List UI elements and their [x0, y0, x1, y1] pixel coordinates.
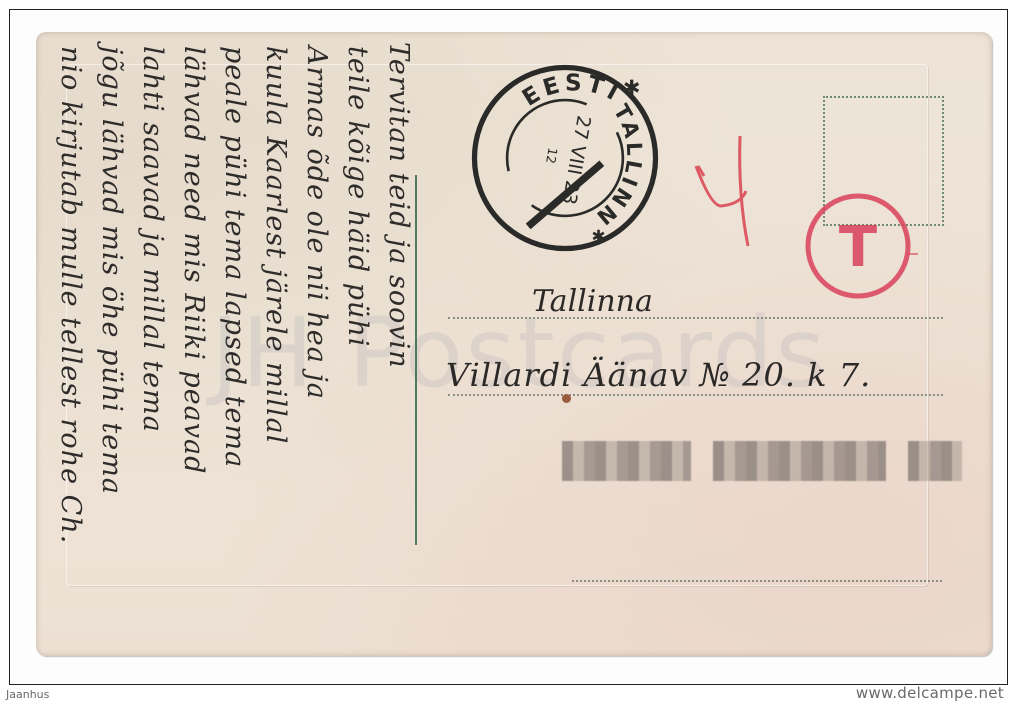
message-line: lähvad need mis Riiki peavad	[178, 46, 209, 474]
svg-text:✱: ✱	[623, 75, 641, 100]
message-line: teile kõige häid pühi	[342, 46, 373, 347]
svg-text:EESTI: EESTI	[512, 58, 627, 146]
message-line: Tervitan teid ja soovin	[383, 42, 414, 369]
address-line-3	[572, 580, 942, 582]
svg-text:✱: ✱	[591, 226, 605, 246]
footer-seller-name: Jaanhus	[6, 688, 49, 701]
tallinn-postmark: TALLINN EESTI 27 VIII 23 12 ✱ ✱	[465, 58, 665, 258]
footer-site-url[interactable]: www.delcampe.net	[856, 684, 1004, 702]
ink-speck	[562, 394, 571, 403]
message-line: nio kirjutab mulle tellest rohe Ch.	[55, 46, 86, 544]
message-line: Armas õde ole nii hea ja	[301, 46, 332, 400]
address-city: Tallinna	[532, 284, 653, 319]
redacted-recipient-name	[562, 441, 962, 481]
divider-line	[415, 175, 417, 545]
address-line-1	[448, 317, 943, 319]
address-street: Villardi Äänav № 20. k 7.	[446, 356, 871, 394]
address-line-2	[448, 394, 943, 396]
svg-text:T: T	[839, 215, 877, 280]
message-line: lahti saavad ja millal tema	[137, 46, 168, 433]
message-line: kuula Kaarlest järele millal	[260, 46, 291, 444]
handwritten-message: Tervitan teid ja soovinteile kõige häid …	[36, 32, 416, 656]
message-line: peale pühi tema lapsed tema	[219, 46, 250, 468]
message-line: jõgu lähvad mis öhe pühi tema	[96, 46, 127, 495]
red-numeral-four	[686, 96, 766, 256]
red-circled-t-stamp: T	[800, 186, 920, 306]
svg-text:12: 12	[543, 146, 561, 164]
